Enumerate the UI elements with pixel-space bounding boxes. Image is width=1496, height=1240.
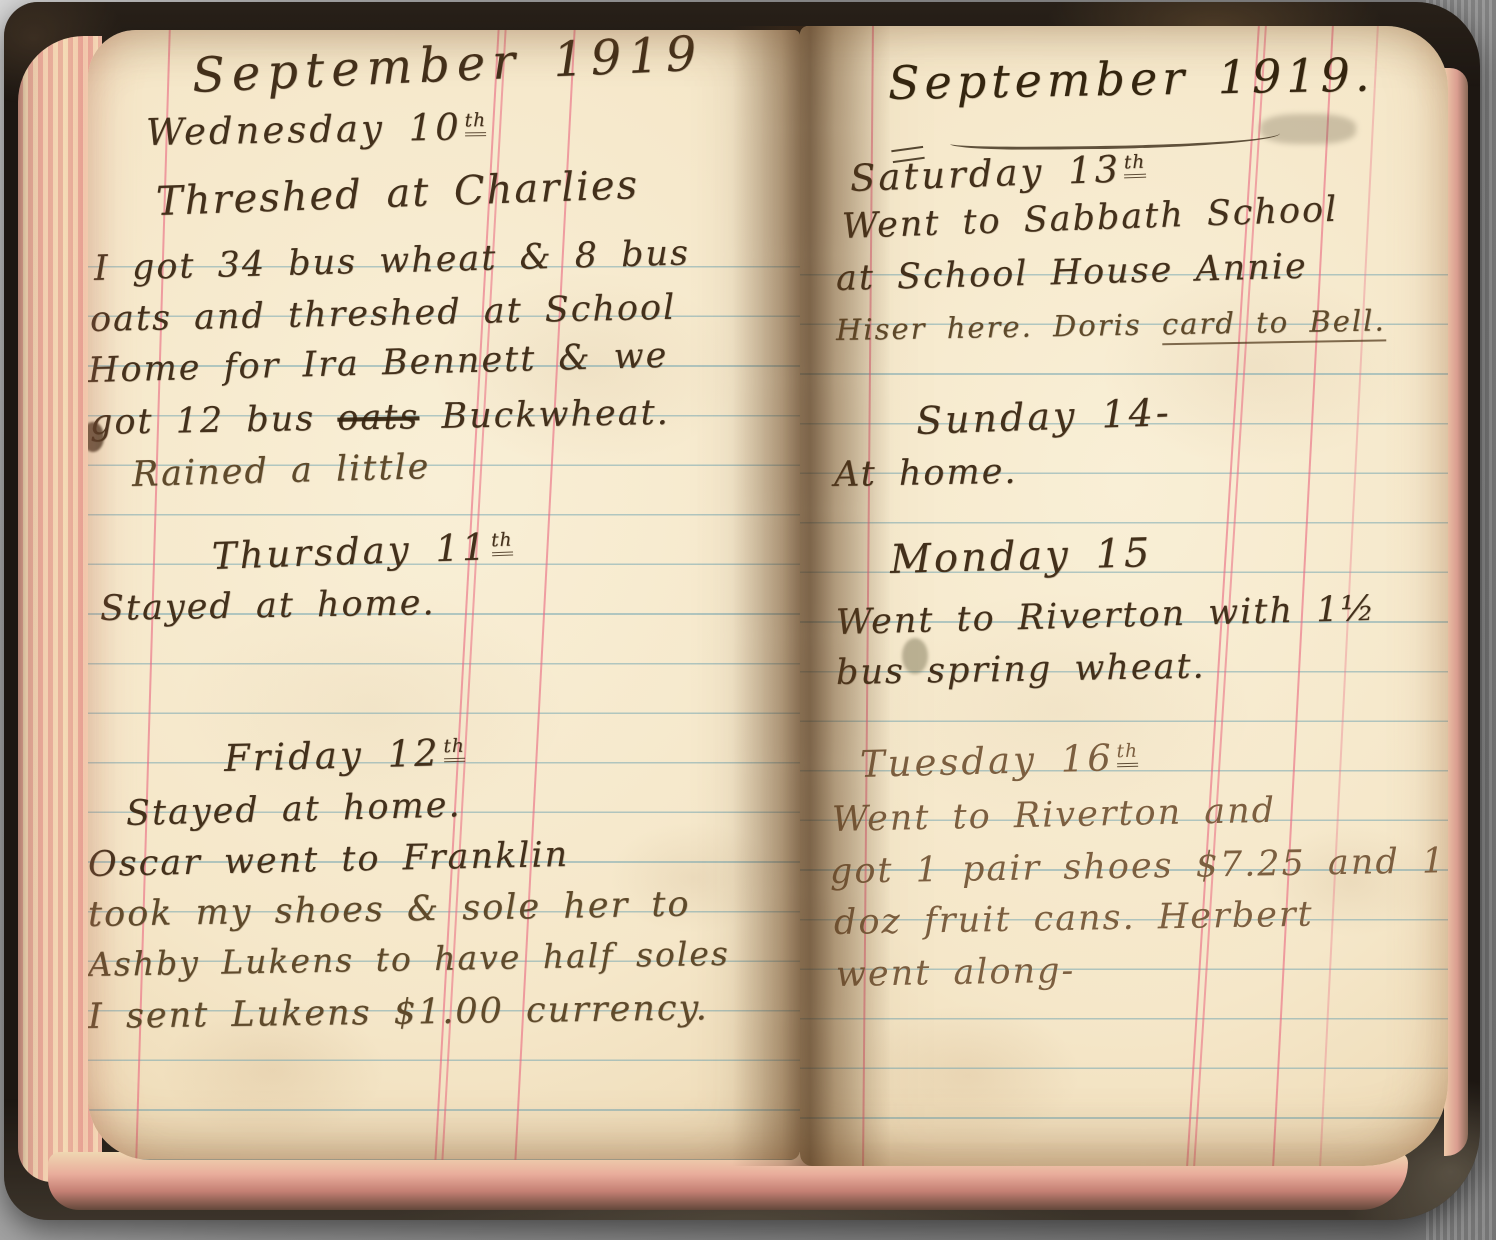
ruled-lines-blue (800, 226, 1448, 1166)
diary-line: Monday 15 (889, 533, 1152, 580)
diary-line: Rained a little (132, 450, 431, 493)
diary-line: Tuesday 16th (860, 739, 1139, 783)
diary-line: Went to Sabbath School (841, 193, 1338, 245)
left-page: September 1919 Wednesday 10th Threshed a… (88, 30, 800, 1160)
day-heading: Wednesday 10 (146, 105, 463, 154)
page-title: September 1919 (191, 30, 704, 100)
diary-line: I sent Lukens $1.00 currency. (88, 991, 709, 1035)
smudge (1260, 114, 1356, 144)
ordinal: th (491, 529, 513, 556)
diary-line: Saturday 13th (849, 150, 1146, 197)
day-heading: Saturday 13 (849, 148, 1122, 200)
struck-word: oats (337, 397, 420, 438)
diary-line: Wednesday 10th (146, 108, 487, 151)
ordinal: th (464, 110, 486, 136)
diary-line: Stayed at home. (100, 586, 436, 627)
header-underline-flourish (950, 125, 1280, 151)
diary-line: Home for Ira Bennett & we (88, 339, 669, 389)
diary-line: I got 34 bus wheat & 8 bus (94, 236, 691, 287)
diary-line: Oscar went to Franklin (88, 838, 569, 883)
page-title: September 1919. (888, 52, 1375, 106)
day-heading: Thursday 11 (211, 525, 489, 578)
ordinal: th (1124, 151, 1146, 178)
diary-line: bus spring wheat. (836, 650, 1206, 691)
diary-line: Hiser here. Doris card to Bell. (836, 306, 1386, 345)
diary-line: Threshed at Charlies (155, 165, 639, 222)
day-heading: Friday 12 (223, 731, 441, 780)
diary-line: at School House Annie (836, 250, 1309, 297)
diary-line: Stayed at home. (126, 788, 462, 832)
diary-line: Went to Riverton with 1½ (836, 592, 1377, 641)
right-page: September 1919. Saturday 13th Went to Sa… (800, 26, 1448, 1166)
diary-line: At home. (834, 455, 1018, 493)
ordinal: th (1116, 740, 1138, 767)
diary-line: got 12 bus oats Buckwheat. (90, 396, 670, 441)
diary-line: got 1 pair shoes $7.25 and 1 (830, 844, 1447, 890)
diary-line: Sunday 14- (915, 393, 1172, 440)
day-heading: Tuesday 16 (859, 736, 1114, 786)
diary-line: took my shoes & sole her to (88, 887, 691, 933)
diary-line: doz fruit cans. Herbert (834, 898, 1314, 941)
diary-line: Thursday 11th (211, 528, 513, 575)
diary-line: went along- (836, 954, 1076, 993)
diary-line: oats and threshed at School (90, 291, 677, 338)
diary-line: Ashby Lukens to have half soles (88, 937, 730, 981)
ordinal: th (443, 735, 465, 762)
diary-line: Friday 12th (224, 734, 466, 777)
underlined-phrase: card to Bell. (1162, 303, 1386, 345)
diary-photograph: September 1919 Wednesday 10th Threshed a… (0, 0, 1496, 1240)
diary-line: Went to Riverton and (832, 794, 1277, 838)
